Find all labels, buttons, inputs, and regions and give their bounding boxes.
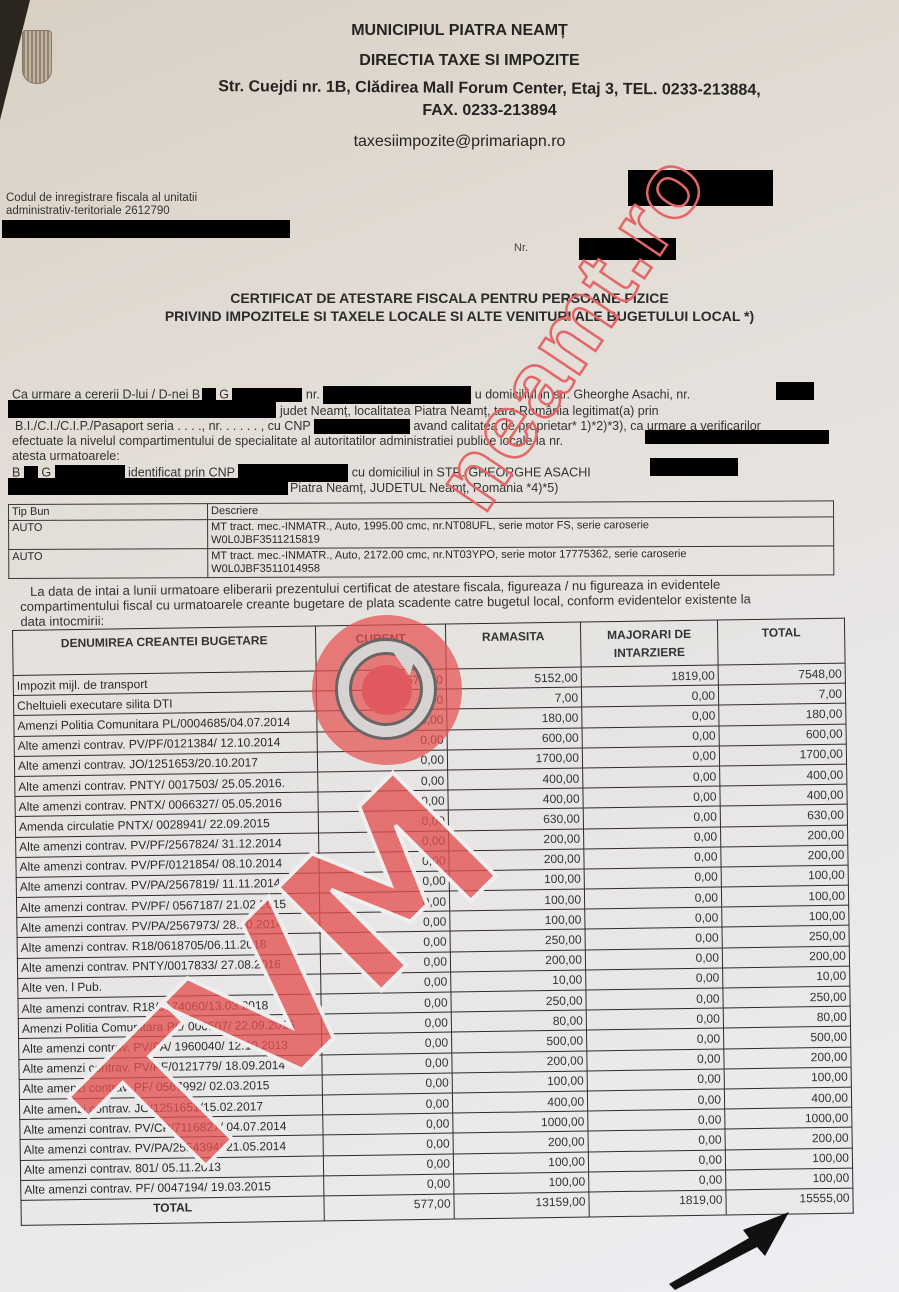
debt-current: 0,00 [319,851,449,873]
debt-late-fees: 0,00 [583,806,720,828]
debt-remainder: 250,00 [450,929,585,951]
debt-total: 500,00 [723,1026,850,1048]
debt-total: 10,00 [723,966,850,988]
request-line-7: Piatra Neamț, JUDETUL Neamț, România *4)… [290,481,558,495]
debt-late-fees: 0,00 [584,887,721,909]
assets-header-type: Tip Bun [9,504,208,521]
request-text: B.I./C.I./C.I.P./Pasaport seria . . . .,… [15,419,310,433]
request-text: u domiciliul in str. Gheorghe Asachi, nr… [475,387,690,401]
debt-remainder: 200,00 [450,950,585,972]
debt-late-fees: 0,00 [582,726,719,748]
debt-late-fees: 0,00 [589,1170,726,1192]
debt-current: 0,00 [320,911,450,933]
certificate-page: MUNICIPIUL PIATRA NEAMȚ DIRECTIA TAXE SI… [0,0,899,1292]
request-line-5: atesta urmatoarele: [12,449,120,463]
header-current: CURENT [315,624,446,671]
debt-total: 600,00 [719,724,846,746]
redaction-block [650,458,738,476]
debt-late-fees: 0,00 [584,867,721,889]
debt-total: 200,00 [720,825,847,847]
debt-remainder: 250,00 [451,990,586,1012]
redaction-block [2,220,290,238]
debt-remainder: 400,00 [448,768,583,790]
debt-total: 100,00 [721,865,848,887]
debt-total: 100,00 [721,885,848,907]
debt-total: 250,00 [722,926,849,948]
debt-total: 400,00 [720,784,847,806]
debt-late-fees: 0,00 [583,786,720,808]
debt-current: 0,00 [318,770,448,792]
debt-late-fees: 0,00 [587,1089,724,1111]
debt-late-fees: 0,00 [583,766,720,788]
debt-late-fees: 0,00 [586,968,723,990]
debt-current: 0,00 [317,730,447,752]
debt-total: 1000,00 [725,1107,852,1129]
debt-remainder: 100,00 [452,1071,587,1093]
debt-total: 100,00 [722,905,849,927]
debt-remainder: 630,00 [448,808,583,830]
debt-current: 577,00 [316,669,446,691]
total-debt-current: 577,00 [324,1194,454,1221]
debt-total: 100,00 [726,1168,853,1190]
debt-total: 200,00 [725,1127,852,1149]
asset-description-line2: W0L0JBF3511215819 [211,531,830,547]
fiscal-code-line2: administrativ-teritoriale 2612790 [6,205,197,218]
arrow-pointer-icon [665,1200,795,1290]
debt-remainder: 200,00 [449,829,584,851]
asset-row: AUTO MT tract. mec.-INMATR., Auto, 2172.… [9,546,834,579]
total-debt-remainder: 13159,00 [454,1192,589,1219]
header-department: DIRECTIA TAXE SI IMPOZITE [20,52,899,70]
debt-total: 250,00 [723,986,850,1008]
debt-current: 0,00 [323,1113,453,1135]
debt-total: 100,00 [724,1067,851,1089]
debt-late-fees: 0,00 [582,746,719,768]
debt-remainder: 7,00 [446,687,581,709]
debt-late-fees: 0,00 [585,927,722,949]
debt-remainder: 1000,00 [453,1111,588,1133]
debt-late-fees: 0,00 [581,685,718,707]
debt-total: 100,00 [725,1148,852,1170]
header-total: TOTAL [717,618,845,665]
debt-current: 0,00 [319,871,449,893]
debt-remainder: 10,00 [451,970,586,992]
asset-description-line2: W0L0JBF3511014958 [211,560,830,576]
debt-remainder: 600,00 [447,728,582,750]
document-number-label: Nr. [514,242,528,254]
debt-total: 180,00 [719,704,846,726]
debt-total: 630,00 [720,804,847,826]
debt-current: 0,00 [318,810,448,832]
debt-current: 0,00 [323,1154,453,1176]
redaction-block [579,238,676,260]
debt-late-fees: 0,00 [582,705,719,727]
debt-late-fees: 0,00 [588,1109,725,1131]
debt-late-fees: 0,00 [584,847,721,869]
certificate-title-line2: PRIVIND IMPOZITELE SI TAXELE LOCALE SI A… [10,308,899,324]
request-line-4: efectuate la nivelul compartimentului de… [12,434,563,448]
debt-remainder: 100,00 [454,1172,589,1194]
asset-description: MT tract. mec.-INMATR., Auto, 2172.00 cm… [208,546,834,578]
debt-current: 0,00 [320,931,450,953]
debt-total: 400,00 [724,1087,851,1109]
debt-current: 0,00 [322,1053,452,1075]
debt-late-fees: 0,00 [587,1049,724,1071]
debt-total: 400,00 [720,764,847,786]
request-text: nr. [306,387,320,401]
asset-row: AUTO MT tract. mec.-INMATR., Auto, 1995.… [9,517,834,550]
debt-current: 0,00 [321,992,451,1014]
header-debt-name: DENUMIREA CREANTEI BUGETARE [13,626,317,675]
debt-remainder: 80,00 [451,1010,586,1032]
debt-current: 0,00 [319,831,449,853]
budget-debts-table: DENUMIREA CREANTEI BUGETARE CURENT RAMAS… [12,618,854,1226]
header-fax: FAX. 0233-213894 [40,102,899,120]
debt-remainder: 100,00 [449,889,584,911]
debt-late-fees: 0,00 [586,1008,723,1030]
debt-late-fees: 0,00 [586,988,723,1010]
header-remainder: RAMASITA [445,622,581,669]
debt-total: 1700,00 [719,744,846,766]
header-municipality: MUNICIPIUL PIATRA NEAMȚ [10,22,899,40]
header-late-fees: MAJORARI DE INTARZIERE [580,620,718,667]
debt-late-fees: 0,00 [588,1129,725,1151]
debt-late-fees: 0,00 [587,1028,724,1050]
fiscal-code: Codul de inregistrare fiscala al unitati… [6,192,197,218]
debt-remainder: 500,00 [452,1030,587,1052]
total-debt-name: TOTAL [21,1196,324,1225]
asset-description: MT tract. mec.-INMATR., Auto, 1995.00 cm… [208,517,834,549]
request-text: cu domiciliul in STR. GHEORGHE ASACHI [352,465,591,479]
debt-remainder: 100,00 [453,1152,588,1174]
debt-late-fees: 0,00 [584,827,721,849]
debt-total: 200,00 [724,1047,851,1069]
debt-current: 0,00 [323,1133,453,1155]
assets-table: Tip Bun Descriere AUTO MT tract. mec.-IN… [8,500,834,579]
request-line-2: judet Neamț, localitatea Piatra Neamț, t… [280,404,659,418]
debt-total: 80,00 [723,1006,850,1028]
certificate-title-line1: CERTIFICAT DE ATESTARE FISCALA PENTRU PE… [0,290,899,306]
debt-current: 0,00 [316,689,446,711]
debt-late-fees: 0,00 [587,1069,724,1091]
redaction-block [8,478,288,495]
debt-remainder: 200,00 [452,1051,587,1073]
debt-current: 0,00 [321,972,451,994]
debt-current: 0,00 [322,1032,452,1054]
header-email: taxesiimpozite@primariapn.ro [10,133,899,151]
debt-total: 7548,00 [718,663,845,685]
debt-current: 0,00 [319,891,449,913]
debt-late-fees: 1819,00 [581,665,718,687]
asset-type: AUTO [9,520,208,550]
debt-total: 200,00 [722,946,849,968]
redaction-block [776,382,814,400]
debt-total: 200,00 [721,845,848,867]
debt-current: 0,00 [322,1073,452,1095]
debt-remainder: 5152,00 [446,667,581,689]
debt-late-fees: 0,00 [588,1149,725,1171]
debt-remainder: 200,00 [453,1131,588,1153]
debt-current: 0,00 [322,1093,452,1115]
debt-remainder: 100,00 [450,909,585,931]
debt-remainder: 400,00 [448,788,583,810]
debt-remainder: 400,00 [452,1091,587,1113]
debt-remainder: 180,00 [447,707,582,729]
debt-current: 0,00 [320,952,450,974]
header-address: Str. Cuejdi nr. 1B, Clădirea Mall Forum … [40,77,899,101]
asset-type: AUTO [9,549,208,579]
redaction-block [628,170,773,206]
debt-total: 7,00 [718,683,845,705]
debt-late-fees: 0,00 [585,948,722,970]
debt-remainder: 100,00 [449,869,584,891]
debt-current: 0,00 [324,1174,454,1196]
debt-remainder: 1700,00 [447,748,582,770]
debt-remainder: 200,00 [449,849,584,871]
debt-current: 0,00 [317,709,447,731]
fiscal-code-line1: Codul de inregistrare fiscala al unitati… [6,192,197,205]
redaction-block [645,430,829,444]
redaction-block [8,400,276,418]
debt-current: 0,00 [317,750,447,772]
debt-current: 0,00 [321,1012,451,1034]
debt-late-fees: 0,00 [585,907,722,929]
debt-current: 0,00 [318,790,448,812]
